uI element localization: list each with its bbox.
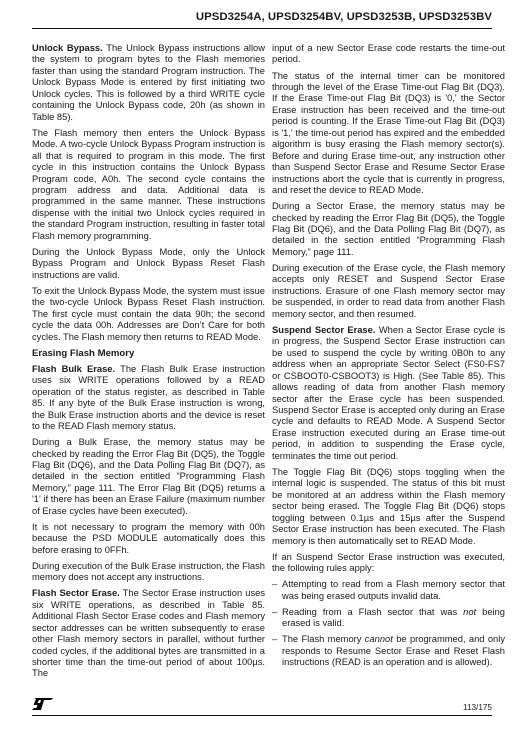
list-item: –Attempting to read from a Flash memory … xyxy=(272,579,505,602)
unlock-bypass-text: The Unlock Bypass instructions allow the… xyxy=(32,43,265,122)
list-item: –The Flash memory cannot be programmed, … xyxy=(272,634,505,668)
unlock-bypass-heading: Unlock Bypass. xyxy=(32,43,103,53)
right-column: input of a new Sector Erase code restart… xyxy=(272,43,505,673)
paragraph: The status of the internal timer can be … xyxy=(272,71,505,197)
sector-erase-paragraph: Flash Sector Erase. The Sector Erase ins… xyxy=(32,588,265,680)
page-number: 113/175 xyxy=(463,703,492,712)
paragraph: input of a new Sector Erase code restart… xyxy=(272,43,505,66)
paragraph: It is not necessary to program the memor… xyxy=(32,522,265,556)
list-item-emphasis: not xyxy=(463,607,476,617)
bulk-erase-heading: Flash Bulk Erase. xyxy=(32,364,115,374)
sector-erase-text: The Sector Erase instruction uses six WR… xyxy=(32,588,265,678)
suspend-sector-erase-heading: Suspend Sector Erase. xyxy=(272,325,375,335)
st-logo-icon xyxy=(32,697,54,709)
page-header-title: UPSD3254A, UPSD3254BV, UPSD3253B, UPSD32… xyxy=(196,11,492,23)
rules-list: –Attempting to read from a Flash memory … xyxy=(272,579,505,668)
dash-bullet: – xyxy=(272,579,277,590)
dash-bullet: – xyxy=(272,607,277,618)
bulk-erase-paragraph: Flash Bulk Erase. The Flash Bulk Erase i… xyxy=(32,364,265,433)
paragraph: During execution of the Erase cycle, the… xyxy=(272,263,505,320)
paragraph: The Flash memory then enters the Unlock … xyxy=(32,128,265,243)
list-item-text: Attempting to read from a Flash memory s… xyxy=(282,579,505,600)
list-item-emphasis: cannot xyxy=(365,634,393,644)
suspend-sector-erase-text: When a Sector Erase cycle is in progress… xyxy=(272,325,505,461)
paragraph: If an Suspend Sector Erase instruction w… xyxy=(272,552,505,575)
left-column: Unlock Bypass. The Unlock Bypass instruc… xyxy=(32,43,265,685)
header-rule xyxy=(32,28,492,29)
paragraph: During execution of the Bulk Erase instr… xyxy=(32,561,265,584)
paragraph: During the Unlock Bypass Mode, only the … xyxy=(32,247,265,281)
list-item-text: The Flash memory xyxy=(282,634,365,644)
suspend-sector-erase-paragraph: Suspend Sector Erase. When a Sector Eras… xyxy=(272,325,505,462)
sector-erase-heading: Flash Sector Erase. xyxy=(32,588,120,598)
paragraph: The Toggle Flag Bit (DQ6) stops toggling… xyxy=(272,467,505,547)
section-heading-erasing-flash: Erasing Flash Memory xyxy=(32,348,265,359)
paragraph: During a Sector Erase, the memory status… xyxy=(272,201,505,258)
list-item: –Reading from a Flash sector that was no… xyxy=(272,607,505,630)
footer-rule xyxy=(32,715,492,716)
paragraph: To exit the Unlock Bypass Mode, the syst… xyxy=(32,286,265,343)
paragraph: During a Bulk Erase, the memory status m… xyxy=(32,437,265,517)
list-item-text: Reading from a Flash sector that was xyxy=(282,607,463,617)
dash-bullet: – xyxy=(272,634,277,645)
unlock-bypass-paragraph: Unlock Bypass. The Unlock Bypass instruc… xyxy=(32,43,265,123)
